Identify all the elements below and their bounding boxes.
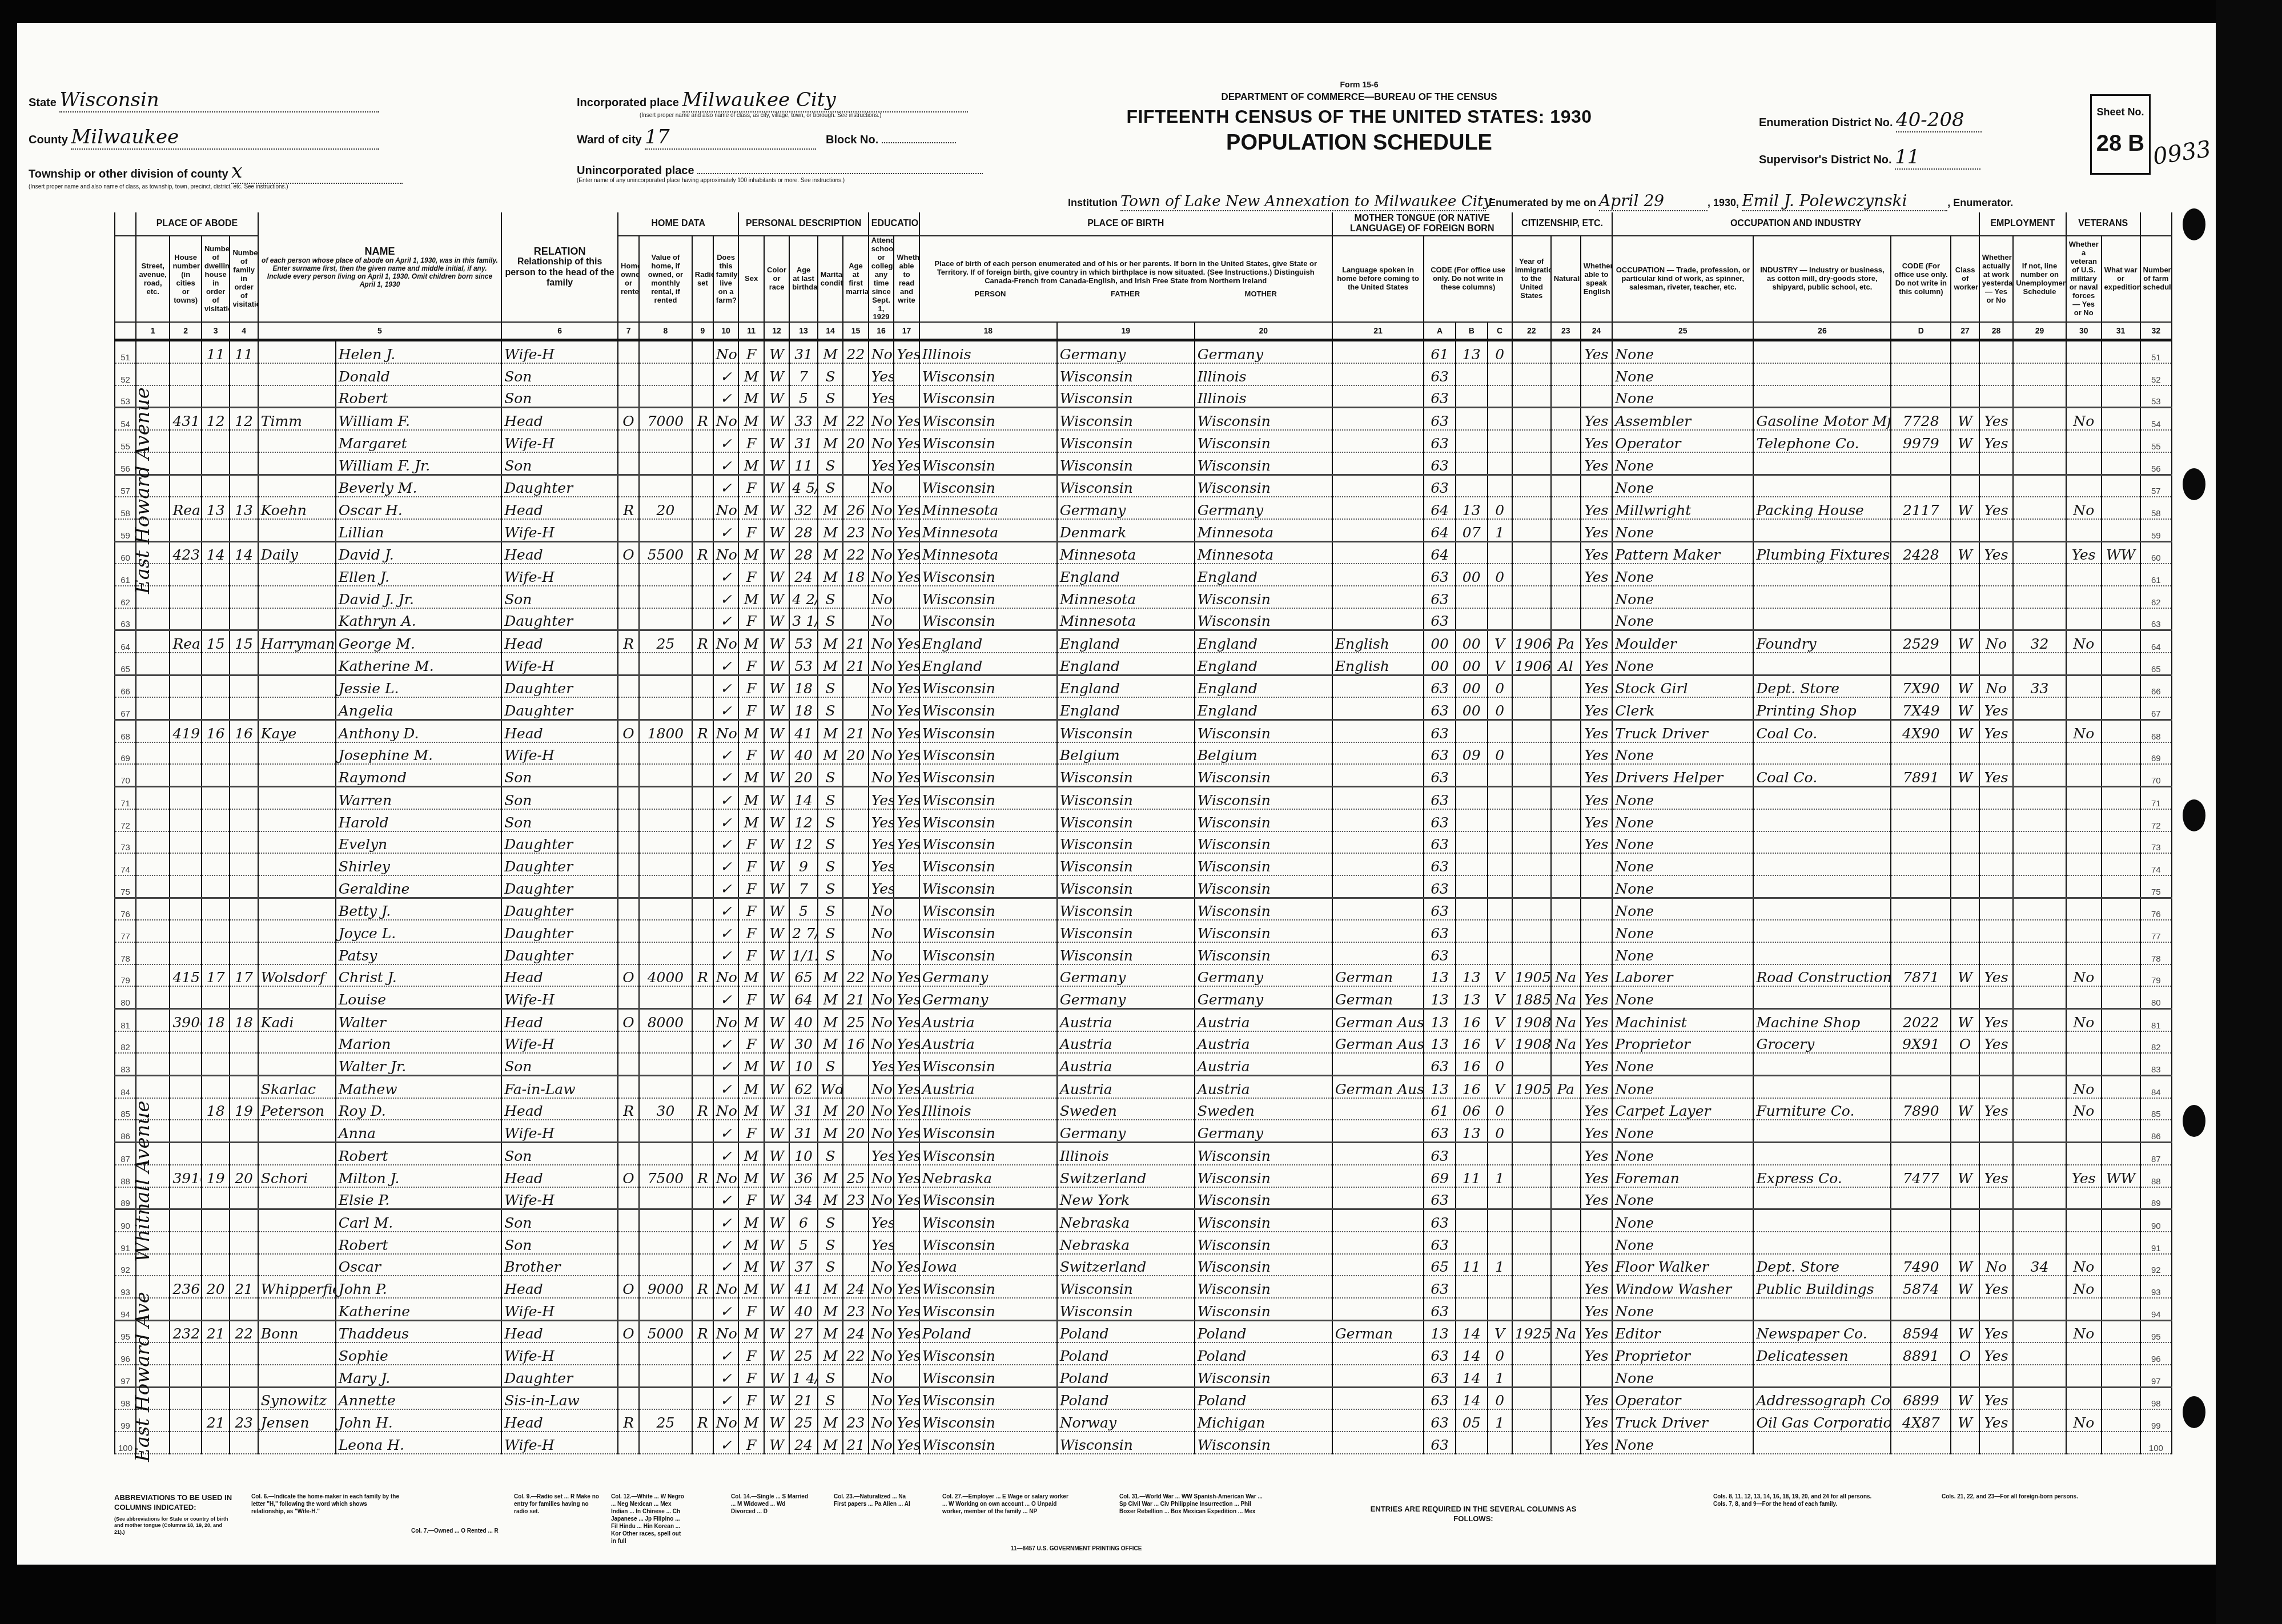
cell-industry — [1753, 942, 1891, 964]
cell-given: Carl M. — [336, 1209, 501, 1232]
line-number: 81 — [115, 1009, 136, 1031]
cell-occ-code — [1891, 608, 1951, 630]
cell-occupation: Pattern Maker — [1612, 541, 1753, 564]
cell-farm: ✓ — [713, 831, 739, 854]
cell-radio — [692, 697, 713, 719]
cell-radio — [692, 853, 713, 875]
cell-class — [1951, 1298, 1979, 1320]
cell-surname — [258, 697, 336, 719]
cell-radio — [692, 1342, 713, 1365]
cell-dwelling: 13 — [202, 497, 230, 519]
cell-immig — [1512, 564, 1551, 586]
cell-race: W — [764, 608, 789, 630]
cell-sex: M — [738, 1076, 764, 1098]
column-number: 6 — [501, 322, 618, 340]
cell-read: Yes — [894, 408, 919, 430]
cell-age: 65 — [789, 964, 817, 987]
cell-street — [136, 920, 170, 942]
cell-read: Yes — [894, 720, 919, 742]
cell-race: W — [764, 430, 789, 452]
cell-school: Yes — [869, 853, 894, 875]
cell-age-mar: 21 — [843, 653, 869, 675]
cell-class: W — [1951, 675, 1979, 697]
cell-bp-mother: Wisconsin — [1195, 720, 1332, 742]
cell-surname — [258, 1342, 336, 1365]
cell-class: W — [1951, 964, 1979, 987]
cell-school: No — [869, 720, 894, 742]
cell-bp-father: Poland — [1057, 1387, 1195, 1409]
cell-code-b — [1456, 787, 1488, 809]
cell-family — [230, 1365, 258, 1387]
cell-work — [1979, 787, 2013, 809]
cell-bp: Minnesota — [919, 497, 1057, 519]
cell-work: Yes — [1979, 1409, 2013, 1432]
line-number-right: 64 — [2140, 630, 2172, 653]
line-number-right: 87 — [2140, 1143, 2172, 1165]
column-number: 29 — [2013, 322, 2066, 340]
cell-occupation: None — [1612, 1143, 1753, 1165]
cell-code-c — [1488, 787, 1512, 809]
cell-family — [230, 1120, 258, 1142]
cell-sex: F — [738, 430, 764, 452]
cell-school: No — [869, 541, 894, 564]
cell-relation: Wife-H — [501, 1342, 618, 1365]
cell-given: Katherine — [336, 1298, 501, 1320]
cell-school: No — [869, 920, 894, 942]
line-number-right: 72 — [2140, 809, 2172, 831]
group-place-of-birth: PLACE OF BIRTH — [919, 212, 1332, 236]
cell-farm: ✓ — [713, 1432, 739, 1454]
line-number-right: 90 — [2140, 1209, 2172, 1232]
cell-age: 62 — [789, 1076, 817, 1098]
cell-age: 12 — [789, 831, 817, 854]
cell-industry — [1753, 564, 1891, 586]
line-number-right: 79 — [2140, 964, 2172, 987]
cell-occ-code — [1891, 1120, 1951, 1142]
cell-code-c — [1488, 608, 1512, 630]
column-number: 24 — [1581, 322, 1613, 340]
cell-race: W — [764, 1009, 789, 1031]
cell-read — [894, 942, 919, 964]
cell-owned: R — [618, 1409, 639, 1432]
cell-natur — [1551, 853, 1581, 875]
cell-bp-mother: Wisconsin — [1195, 586, 1332, 608]
cell-radio: R — [692, 720, 713, 742]
cell-dwelling — [202, 1365, 230, 1387]
cell-natur — [1551, 452, 1581, 475]
cell-occ-code: 7477 — [1891, 1165, 1951, 1187]
cell-code-c — [1488, 875, 1512, 898]
cell-value — [639, 1387, 692, 1409]
cell-surname — [258, 920, 336, 942]
cell-war — [2102, 697, 2140, 719]
cell-owned — [618, 831, 639, 854]
cell-surname — [258, 1031, 336, 1054]
cell-age: 10 — [789, 1053, 817, 1075]
cell-code-b: 14 — [1456, 1365, 1488, 1387]
cell-radio — [692, 809, 713, 831]
cell-vet — [2066, 742, 2102, 765]
birth-description: Place of birth of each person enumerated… — [919, 236, 1332, 322]
cell-read: Yes — [894, 630, 919, 653]
census-row: 53RobertSon✓MW5SYesWisconsinWisconsinIll… — [115, 385, 2204, 408]
cell-work — [1979, 1076, 2013, 1098]
cell-unemp — [2013, 1053, 2066, 1075]
group-relation: RELATIONRelationship of this person to t… — [501, 212, 618, 322]
cell-age-mar: 20 — [843, 742, 869, 765]
cell-bp-father: Switzerland — [1057, 1165, 1195, 1187]
cell-owned — [618, 519, 639, 541]
cell-family — [230, 1053, 258, 1075]
cell-age: 2 7/12 — [789, 920, 817, 942]
cell-marital: S — [818, 898, 843, 920]
cell-industry — [1753, 1187, 1891, 1209]
cell-school: No — [869, 586, 894, 608]
cell-given: Walter Jr. — [336, 1053, 501, 1075]
census-row: 63Kathryn A.Daughter✓FW3 1/12SNoWisconsi… — [115, 608, 2204, 630]
cell-value — [639, 1432, 692, 1454]
cell-bp: Iowa — [919, 1254, 1057, 1276]
cell-class: W — [1951, 1009, 1979, 1031]
cell-bp: Austria — [919, 1009, 1057, 1031]
cell-unemp — [2013, 1342, 2066, 1365]
cell-english: Yes — [1581, 720, 1613, 742]
cell-occupation: None — [1612, 1120, 1753, 1142]
cell-age-mar — [843, 697, 869, 719]
cell-age-mar: 26 — [843, 497, 869, 519]
cell-sex: M — [738, 1254, 764, 1276]
cell-lang — [1332, 586, 1424, 608]
cell-sex: M — [738, 1232, 764, 1254]
cell-english: Yes — [1581, 1320, 1613, 1342]
cell-natur — [1551, 1209, 1581, 1232]
cell-family — [230, 898, 258, 920]
cell-bp-father: Germany — [1057, 964, 1195, 987]
cell-unemp — [2013, 898, 2066, 920]
cell-age: 53 — [789, 653, 817, 675]
cell-code-b — [1456, 608, 1488, 630]
cell-war — [2102, 564, 2140, 586]
cell-english — [1581, 363, 1613, 385]
cell-school: No — [869, 519, 894, 541]
cell-immig: 1908 — [1512, 1009, 1551, 1031]
cell-given: Leona H. — [336, 1432, 501, 1454]
cell-class — [1951, 986, 1979, 1008]
cell-code-b — [1456, 385, 1488, 408]
line-number: 79 — [115, 964, 136, 987]
cell-occ-code — [1891, 898, 1951, 920]
cell-read: Yes — [894, 831, 919, 854]
cell-class — [1951, 1053, 1979, 1075]
cell-family — [230, 831, 258, 854]
column-number: 18 — [919, 322, 1057, 340]
cell-given: Harold — [336, 809, 501, 831]
census-row: 62David J. Jr.Son✓MW4 2/12SNoWisconsinMi… — [115, 586, 2204, 608]
cell-occ-code — [1891, 519, 1951, 541]
cell-value — [639, 697, 692, 719]
cell-sex: M — [738, 1053, 764, 1075]
cell-code-c: 1 — [1488, 1409, 1512, 1432]
cell-age: 28 — [789, 541, 817, 564]
cell-bp-father: Poland — [1057, 1365, 1195, 1387]
cell-street — [136, 653, 170, 675]
cell-farm: No — [713, 1409, 739, 1432]
cell-family — [230, 1209, 258, 1232]
cell-dwelling — [202, 1031, 230, 1054]
cell-dwelling: 17 — [202, 964, 230, 987]
cell-street — [136, 964, 170, 987]
cell-age: 18 — [789, 675, 817, 697]
cell-farm: ✓ — [713, 1076, 739, 1098]
cell-owned — [618, 385, 639, 408]
cell-work: Yes — [1979, 1098, 2013, 1120]
cell-bp-mother: Wisconsin — [1195, 608, 1332, 630]
cell-bp: Illinois — [919, 340, 1057, 363]
cell-surname — [258, 831, 336, 854]
cell-occ-code — [1891, 1076, 1951, 1098]
cell-radio — [692, 831, 713, 854]
cell-immig — [1512, 675, 1551, 697]
enumerated-label: Enumerated by me on — [1489, 197, 1596, 208]
cell-sex: F — [738, 675, 764, 697]
cell-radio — [692, 875, 713, 898]
cell-class — [1951, 1120, 1979, 1142]
unemployment-line-header: If not, line number on Unemployment Sche… — [2013, 236, 2066, 322]
cell-given: Anna — [336, 1120, 501, 1142]
cell-occ-code: 8594 — [1891, 1320, 1951, 1342]
cell-age-mar: 25 — [843, 1009, 869, 1031]
cell-bp-father: Illinois — [1057, 1143, 1195, 1165]
cell-code-a: 00 — [1424, 653, 1456, 675]
column-number: D — [1891, 322, 1951, 340]
cell-occ-code: 9X91 — [1891, 1031, 1951, 1054]
cell-code-b — [1456, 1187, 1488, 1209]
line-number: 72 — [115, 809, 136, 831]
cell-lang — [1332, 1232, 1424, 1254]
cell-school: No — [869, 964, 894, 987]
cell-unemp — [2013, 853, 2066, 875]
cell-vet — [2066, 675, 2102, 697]
cell-radio — [692, 942, 713, 964]
unincorporated-label: Unincorporated place — [577, 164, 694, 177]
cell-war — [2102, 452, 2140, 475]
cell-relation: Daughter — [501, 875, 618, 898]
cell-code-c — [1488, 1232, 1512, 1254]
cell-occ-code — [1891, 586, 1951, 608]
cell-bp: Wisconsin — [919, 1409, 1057, 1432]
cell-dwelling — [202, 1298, 230, 1320]
cell-occ-code — [1891, 920, 1951, 942]
cell-surname — [258, 1232, 336, 1254]
cell-house — [170, 986, 202, 1008]
cell-age-mar: 23 — [843, 1298, 869, 1320]
cell-relation: Sis-in-Law — [501, 1387, 618, 1409]
cell-surname — [258, 1432, 336, 1454]
cell-race: W — [764, 1098, 789, 1120]
footer-col27: Col. 27.—Employer ... E Wage or salary w… — [942, 1493, 1074, 1516]
cell-occupation: Millwright — [1612, 497, 1753, 519]
cell-sex: F — [738, 564, 764, 586]
county-label: County — [29, 134, 68, 146]
cell-bp-father: Wisconsin — [1057, 475, 1195, 497]
cell-code-b — [1456, 541, 1488, 564]
cell-bp-mother: Wisconsin — [1195, 1165, 1332, 1187]
cell-code-c — [1488, 408, 1512, 430]
cell-given: Evelyn — [336, 831, 501, 854]
cell-industry — [1753, 1432, 1891, 1454]
cell-code-a: 61 — [1424, 340, 1456, 363]
cell-bp-father: Austria — [1057, 1053, 1195, 1075]
cell-relation: Wife-H — [501, 742, 618, 765]
cell-relation: Fa-in-Law — [501, 1076, 618, 1098]
cell-bp-mother: Wisconsin — [1195, 1276, 1332, 1298]
cell-war — [2102, 853, 2140, 875]
cell-lang: German — [1332, 964, 1424, 987]
line-number: 83 — [115, 1053, 136, 1075]
cell-school: No — [869, 1276, 894, 1298]
cell-read: Yes — [894, 519, 919, 541]
cell-read: Yes — [894, 1387, 919, 1409]
cell-code-c — [1488, 942, 1512, 964]
cell-race: W — [764, 875, 789, 898]
cell-bp: Wisconsin — [919, 1276, 1057, 1298]
cell-given: Lillian — [336, 519, 501, 541]
cell-class — [1951, 920, 1979, 942]
cell-code-a: 13 — [1424, 1009, 1456, 1031]
cell-sex: F — [738, 653, 764, 675]
cell-sex: F — [738, 697, 764, 719]
cell-work: Yes — [1979, 764, 2013, 786]
cell-bp-father: Wisconsin — [1057, 408, 1195, 430]
cell-dwelling — [202, 1342, 230, 1365]
cell-read: Yes — [894, 1409, 919, 1432]
cell-marital: S — [818, 787, 843, 809]
cell-lang — [1332, 764, 1424, 786]
line-number-right: 98 — [2140, 1387, 2172, 1409]
cell-immig — [1512, 1276, 1551, 1298]
cell-family — [230, 586, 258, 608]
cell-radio — [692, 430, 713, 452]
column-number: 7 — [618, 322, 639, 340]
cell-class: W — [1951, 1387, 1979, 1409]
township-field: Township or other division of county x (… — [29, 160, 417, 190]
cell-immig — [1512, 1254, 1551, 1276]
cell-occ-code — [1891, 986, 1951, 1008]
cell-code-a: 63 — [1424, 1232, 1456, 1254]
cell-vet — [2066, 986, 2102, 1008]
cell-age-mar — [843, 363, 869, 385]
cell-marital: M — [818, 1009, 843, 1031]
cell-unemp — [2013, 1076, 2066, 1098]
cell-relation: Wife-H — [501, 340, 618, 363]
cell-marital: S — [818, 875, 843, 898]
census-row: 64Rear1515HarrymanGeorge M.HeadR25RNoMW5… — [115, 630, 2204, 653]
cell-bp-father: Wisconsin — [1057, 920, 1195, 942]
cell-immig — [1512, 340, 1551, 363]
cell-natur — [1551, 920, 1581, 942]
cell-school: No — [869, 1320, 894, 1342]
cell-work — [1979, 1298, 2013, 1320]
cell-surname: Kaye — [258, 720, 336, 742]
cell-age-mar — [843, 1076, 869, 1098]
cell-unemp — [2013, 964, 2066, 987]
cell-house — [170, 653, 202, 675]
cell-occupation: None — [1612, 608, 1753, 630]
cell-unemp: 34 — [2013, 1254, 2066, 1276]
cell-work: Yes — [1979, 1387, 2013, 1409]
line-number-right: 81 — [2140, 1009, 2172, 1031]
cell-surname — [258, 1365, 336, 1387]
cell-age: 37 — [789, 1254, 817, 1276]
cell-code-b: 07 — [1456, 519, 1488, 541]
cell-bp-father: Austria — [1057, 1076, 1195, 1098]
census-row: 89Elsie P.Wife-H✓FW34M23NoYesWisconsinNe… — [115, 1187, 2204, 1209]
cell-bp-father: England — [1057, 564, 1195, 586]
cell-industry: Dept. Store — [1753, 675, 1891, 697]
cell-vet — [2066, 1143, 2102, 1165]
cell-english — [1581, 898, 1613, 920]
cell-occupation: None — [1612, 920, 1753, 942]
cell-given: Annette — [336, 1387, 501, 1409]
cell-code-a: 63 — [1424, 764, 1456, 786]
cell-vet — [2066, 787, 2102, 809]
cell-code-c: V — [1488, 1009, 1512, 1031]
cell-occ-code — [1891, 475, 1951, 497]
cell-surname — [258, 898, 336, 920]
mother-subheader: MOTHER — [1245, 290, 1277, 299]
cell-bp-mother: Poland — [1195, 1387, 1332, 1409]
cell-surname — [258, 586, 336, 608]
cell-bp: Wisconsin — [919, 1187, 1057, 1209]
cell-marital: M — [818, 1120, 843, 1142]
cell-house — [170, 1409, 202, 1432]
cell-farm: ✓ — [713, 1187, 739, 1209]
cell-lang — [1332, 497, 1424, 519]
cell-work — [1979, 1187, 2013, 1209]
cell-marital: M — [818, 430, 843, 452]
cell-bp-father: Wisconsin — [1057, 787, 1195, 809]
cell-lang — [1332, 1298, 1424, 1320]
cell-natur — [1551, 875, 1581, 898]
cell-radio — [692, 986, 713, 1008]
cell-age-mar: 20 — [843, 430, 869, 452]
cell-lang — [1332, 1143, 1424, 1165]
cell-english: Yes — [1581, 340, 1613, 363]
cell-relation: Head — [501, 1098, 618, 1120]
cell-bp: Wisconsin — [919, 452, 1057, 475]
cell-radio — [692, 653, 713, 675]
cell-occupation: Foreman — [1612, 1165, 1753, 1187]
cell-family — [230, 608, 258, 630]
cell-family — [230, 1232, 258, 1254]
cell-unemp — [2013, 541, 2066, 564]
cell-code-c — [1488, 831, 1512, 854]
cell-bp-mother: Wisconsin — [1195, 920, 1332, 942]
cell-occupation: None — [1612, 653, 1753, 675]
cell-work: Yes — [1979, 697, 2013, 719]
cell-school: No — [869, 630, 894, 653]
cell-dwelling — [202, 742, 230, 765]
cell-code-c — [1488, 764, 1512, 786]
cell-war — [2102, 1342, 2140, 1365]
group-employment: EMPLOYMENT — [1979, 212, 2066, 236]
cell-school: No — [869, 408, 894, 430]
cell-marital: M — [818, 1320, 843, 1342]
cell-surname — [258, 1254, 336, 1276]
cell-code-a: 63 — [1424, 1387, 1456, 1409]
cell-farm: ✓ — [713, 787, 739, 809]
cell-work — [1979, 475, 2013, 497]
